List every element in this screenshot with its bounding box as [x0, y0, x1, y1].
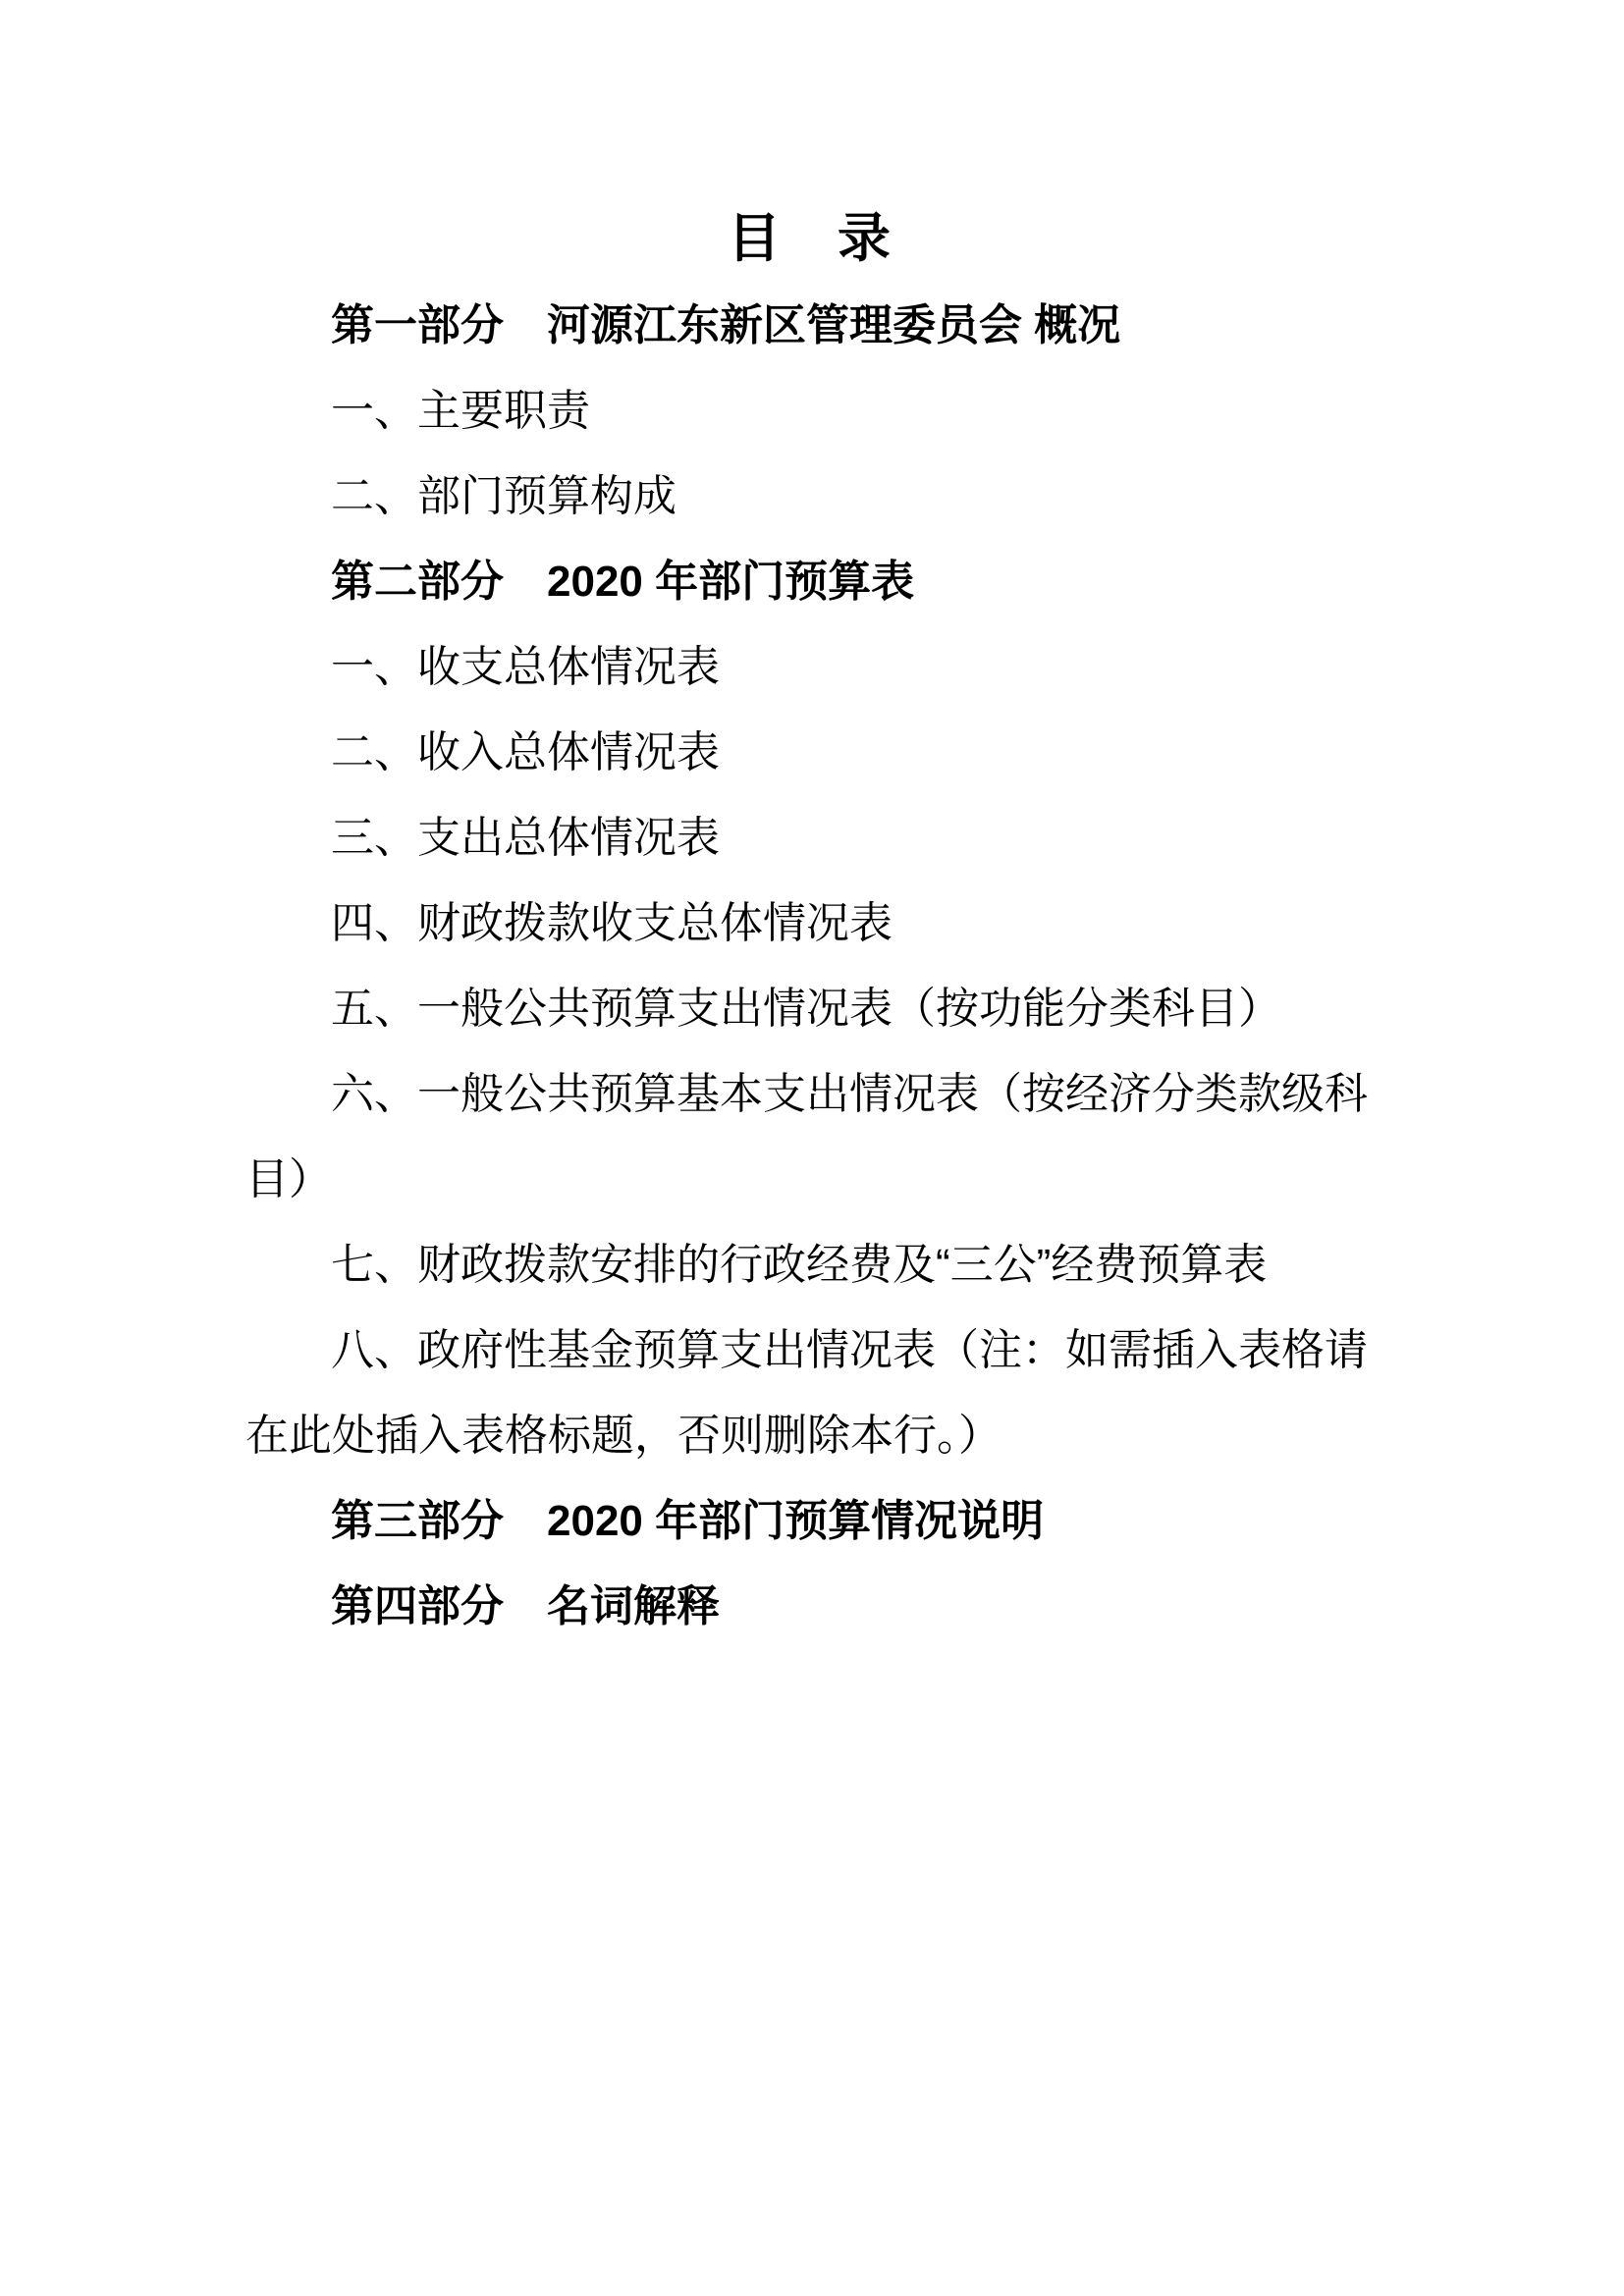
- toc-item: 一、主要职责: [245, 368, 1375, 454]
- toc-item: 五、一般公共预算支出情况表（按功能分类科目）: [245, 966, 1375, 1051]
- toc-item: 在此处插入表格标题，否则删除本行。）: [245, 1393, 1375, 1478]
- toc-item: 六、一般公共预算基本支出情况表（按经济分类款级科: [245, 1051, 1375, 1137]
- toc-item: 八、政府性基金预算支出情况表（注：如需插入表格请: [245, 1308, 1375, 1393]
- toc-section-heading: 第二部分 2020 年部门预算表: [245, 539, 1375, 624]
- toc-item: 二、收入总体情况表: [245, 710, 1375, 795]
- toc-item: 三、支出总体情况表: [245, 795, 1375, 881]
- document-page: 目 录 第一部分 河源江东新区管理委员会 概况一、主要职责二、部门预算构成第二部…: [0, 0, 1624, 2296]
- toc-section-heading: 第三部分 2020 年部门预算情况说明: [245, 1478, 1375, 1564]
- toc-item: 一、收支总体情况表: [245, 624, 1375, 710]
- toc-item: 二、部门预算构成: [245, 454, 1375, 539]
- toc-item: 四、财政拨款收支总体情况表: [245, 881, 1375, 966]
- page-title: 目 录: [245, 194, 1375, 283]
- table-of-contents: 第一部分 河源江东新区管理委员会 概况一、主要职责二、部门预算构成第二部分 20…: [245, 283, 1375, 1649]
- toc-item: 七、财政拨款安排的行政经费及“三公”经费预算表: [245, 1222, 1375, 1308]
- toc-item: 目）: [245, 1137, 1375, 1222]
- toc-section-heading: 第一部分 河源江东新区管理委员会 概况: [245, 283, 1375, 368]
- toc-section-heading: 第四部分 名词解释: [245, 1564, 1375, 1649]
